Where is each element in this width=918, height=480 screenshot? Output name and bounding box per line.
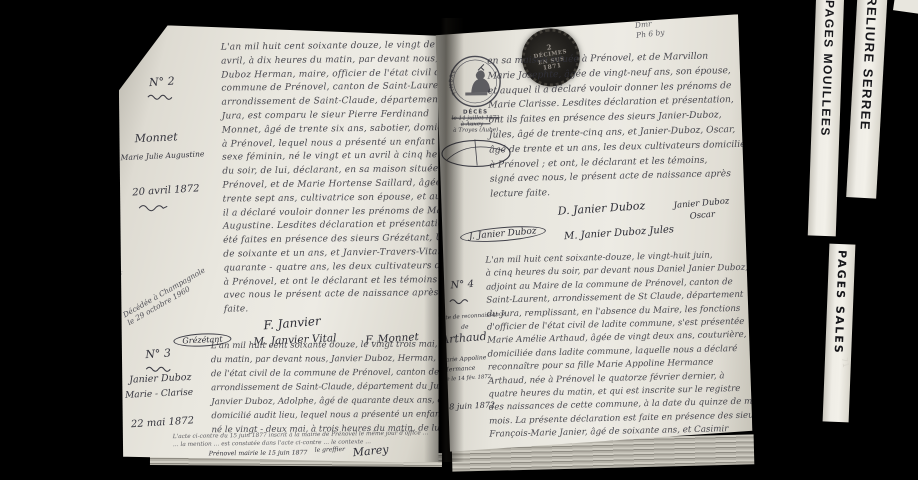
archive-strip-reliure-serree: RELIURE SERREE (846, 0, 888, 199)
margin-firstnames: Marie Julie Augustine (120, 149, 204, 162)
handwritten-line: Mariée à … le 7 avril 1900 (102, 170, 119, 274)
scanned-register-spread: N° 2 Monnet Marie Julie Augustine 20 avr… (0, 0, 918, 480)
handwritten-line: faite. (224, 301, 444, 317)
mention-footer: Prénovel mairie le 15 juin 1877 (209, 449, 308, 457)
margin-name: Arthaud (441, 330, 487, 347)
act3-text: en sa maison située à Prénovel, et de Ma… (487, 49, 742, 203)
margin-name: Janier Duboz (129, 372, 192, 386)
margin-act-type: de (461, 323, 469, 330)
margin-date: 20 avril 1872 (132, 183, 200, 198)
right-page: Dmr Ph 6 by 2 DÉCIMES EN SUS 1871 TIMBRE (435, 14, 752, 452)
signature: J. Janier Duboz (460, 224, 547, 245)
margin-firstnames: Hermance (443, 365, 475, 374)
margin-firstnames: Marie - Clarise (125, 388, 193, 401)
mention-greffier: le greffier (315, 446, 345, 454)
strip-label: RELIURE SERREE (857, 0, 880, 131)
signature: Oscar (689, 210, 715, 222)
margin-name: Monnet (134, 130, 178, 145)
act1-text: L'an mil huit cent soixante douze, le vi… (221, 39, 444, 317)
signature: D. Janier Duboz (557, 199, 645, 218)
margin-date: 22 mai 1872 (131, 415, 195, 430)
corner-annotations: Dmr Ph 6 by (634, 18, 665, 41)
flourish-icon (147, 93, 175, 101)
margin-date: 28 juin 1872 (444, 400, 495, 411)
act4-text: L'an mil huit cent soixante-douze, le vi… (485, 249, 747, 442)
margin-act-number: N° 2 (149, 74, 175, 89)
flourish-icon (449, 297, 475, 305)
margin-firstnames: Marie Appoline (439, 354, 486, 364)
marriage-mention-stamp: Mariée à … le 7 avril 1900avec … Jules J… (102, 170, 136, 276)
strip-label: PAGES MOUILLEES (818, 0, 837, 137)
archive-strip-pages-mouillees: PAGES MOUILLEES (808, 0, 844, 236)
corner-note-line: Ph 6 by (636, 28, 665, 41)
margin-act-number: N° 4 (450, 279, 474, 291)
signature: M. Janier Duboz Jules (564, 224, 675, 242)
margin-note: née le 14 fév. 1872 (440, 374, 492, 383)
strip-label: PAGES SALES (832, 250, 849, 355)
handwritten-line: Décédée à Champagnole (121, 265, 206, 319)
strip-handwritten-mark: 71 (840, 357, 851, 369)
death-mention-note: Décédée à Champagnolele 29 octobre 1960 (121, 265, 211, 327)
act2-text: L'an mil huit cent soixante douze, le vi… (211, 337, 446, 437)
signature: Marey (352, 443, 389, 459)
corner-label-patch (893, 0, 918, 14)
left-page: N° 2 Monnet Marie Julie Augustine 20 avr… (117, 25, 442, 463)
margin-act-number: N° 3 (145, 346, 171, 361)
interlinear-mention: L'acte ci-contre du 15 juin 1877 inscrit… (173, 430, 435, 449)
archive-strip-pages-sales: PAGES SALES (823, 244, 856, 423)
signature: Janier Duboz (673, 196, 729, 211)
flourish-icon (138, 203, 168, 213)
